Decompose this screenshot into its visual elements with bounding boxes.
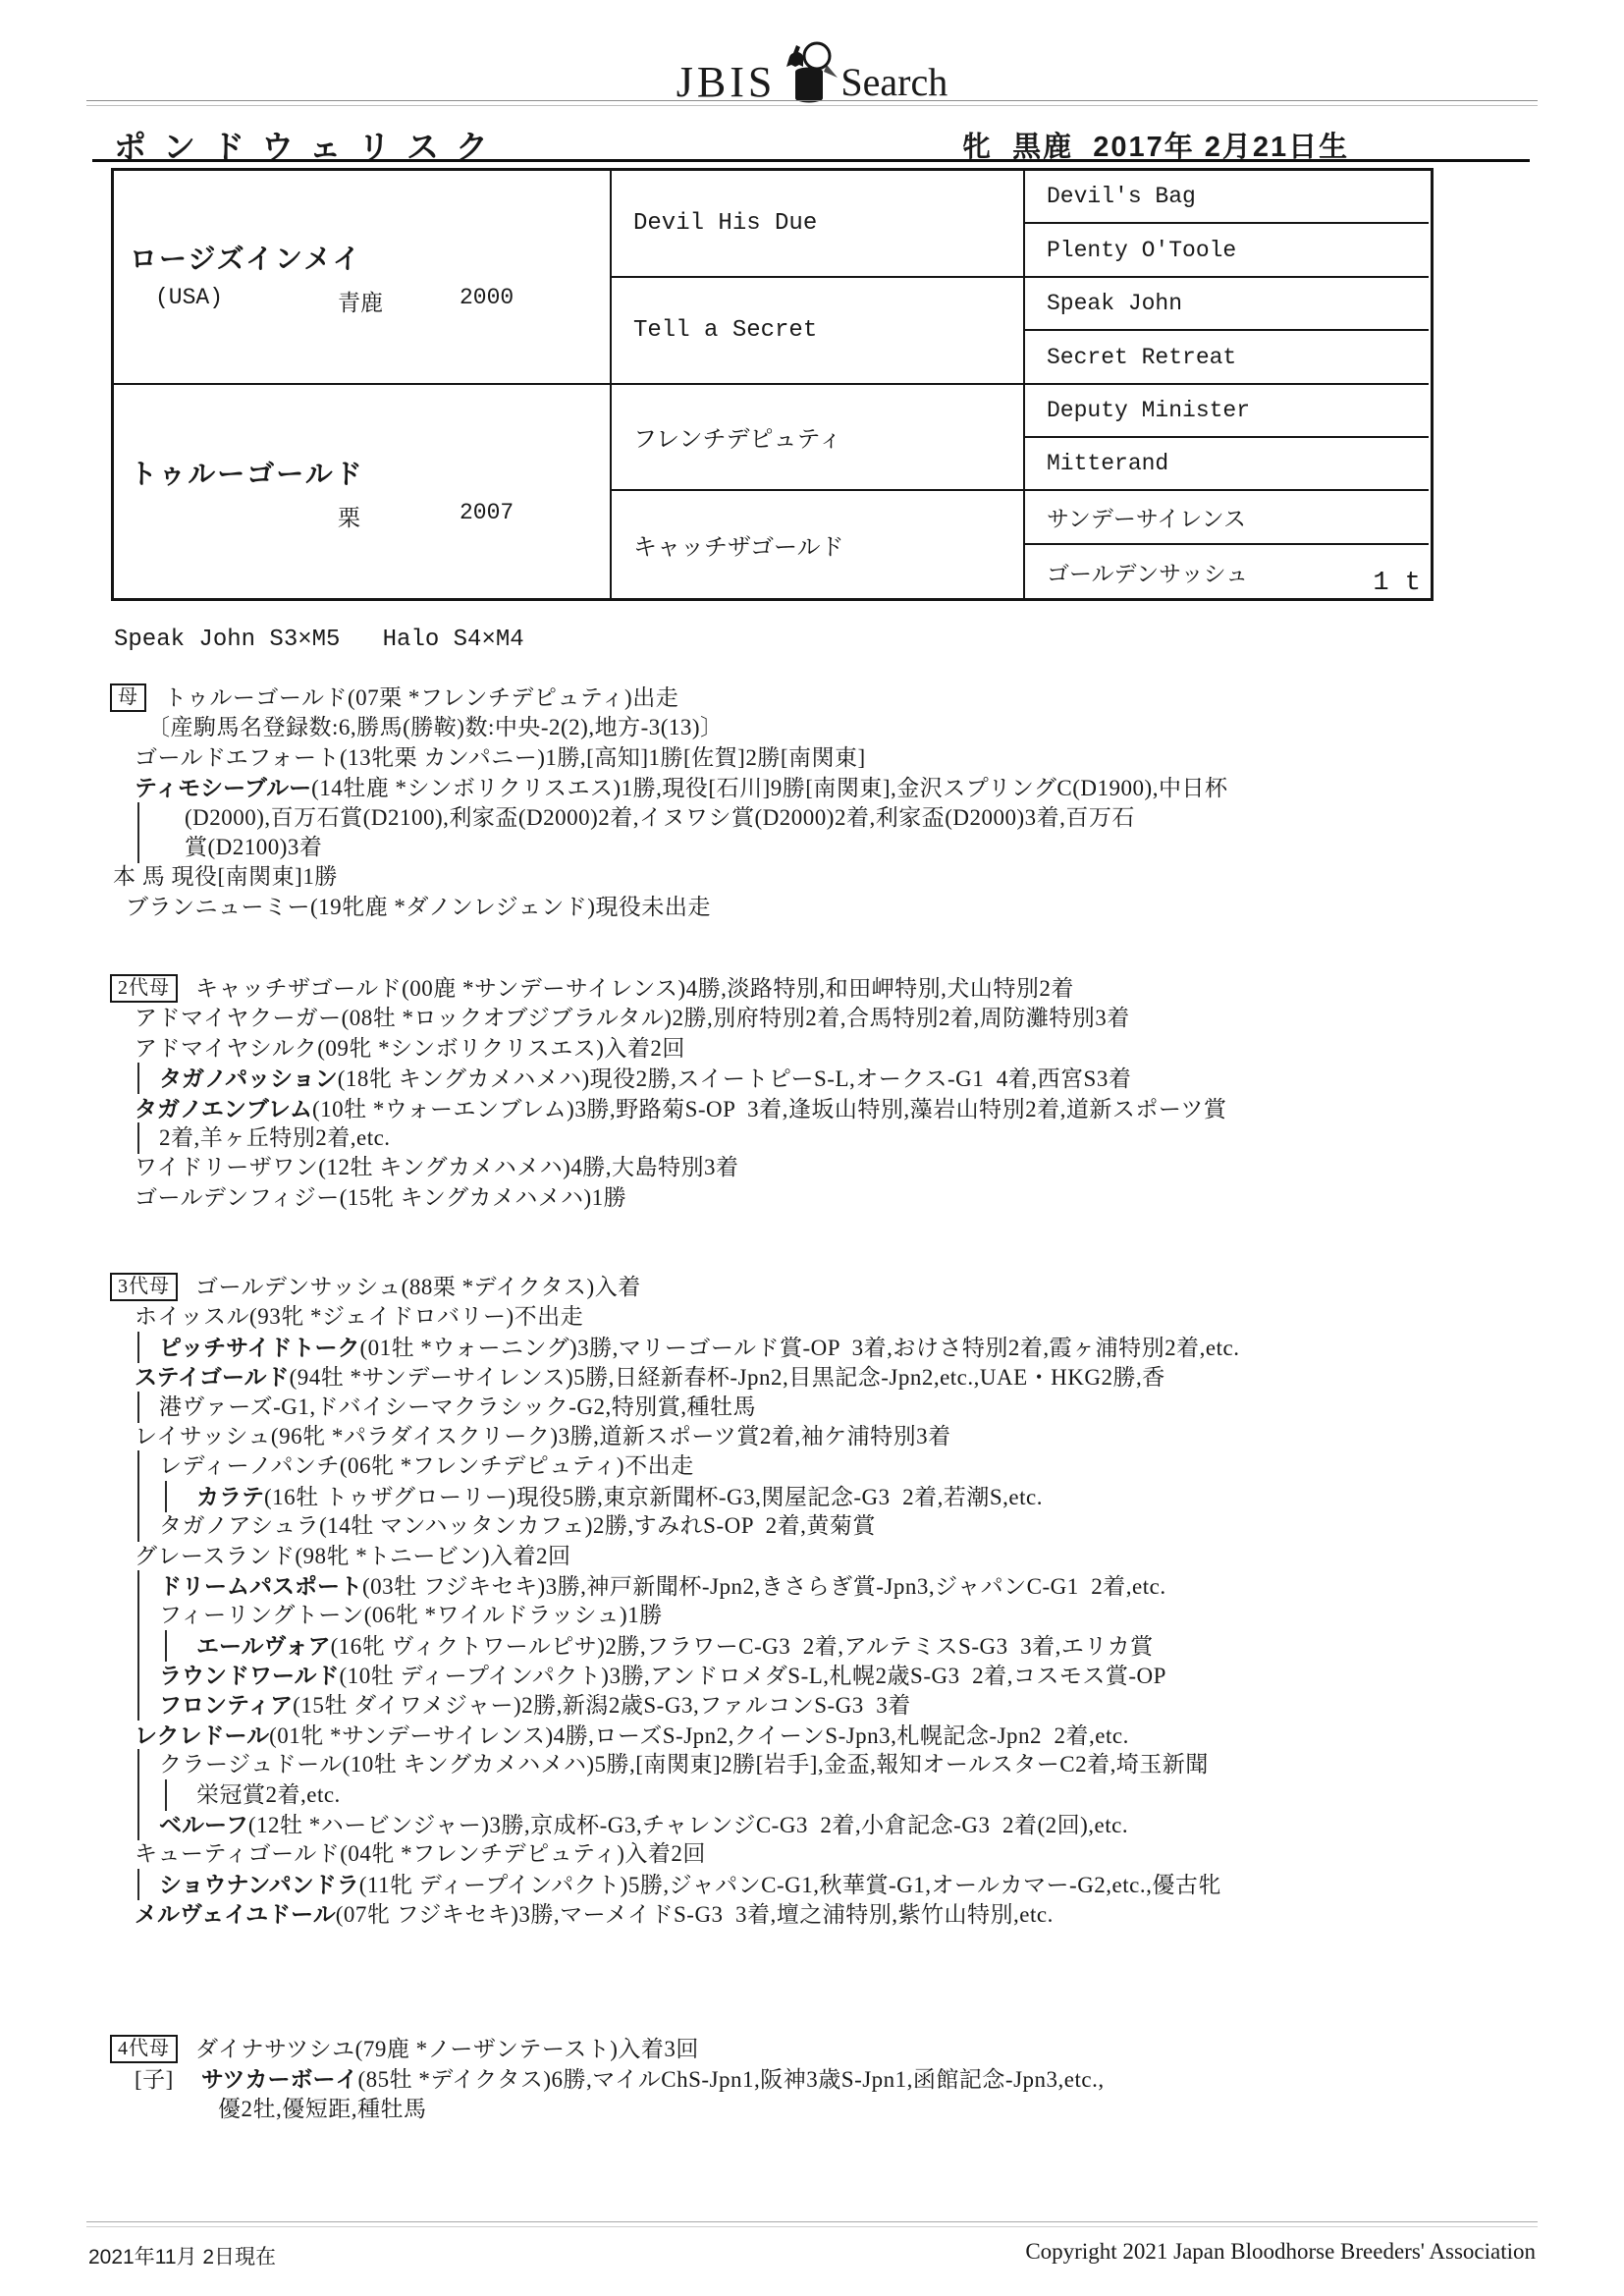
pedigree-line: ラウンドワールド(10牡 ディープインパクト)3勝,アンドロメダS-L,札幌2歳…: [110, 1661, 1602, 1690]
horse-name: ショウナンパンドラ: [159, 1872, 359, 1897]
generation-label: 母: [110, 683, 146, 712]
horse-name: フロンティア: [159, 1692, 293, 1718]
pedigree-line-text: エールヴォア(16牝 ヴィクトワールピサ)2勝,フラワーC-G3 2着,アルテミ…: [196, 1631, 1154, 1662]
pedigree-line-text: レイサッシュ(96牝 *パラダイスクリーク)3勝,道新スポーツ賞2着,袖ケ浦特別…: [135, 1422, 951, 1451]
title-underline: [92, 159, 1530, 162]
pedigree-line: 栄冠賞2着,etc.: [110, 1780, 1602, 1810]
pedigree-line: ゴールドエフォート(13牝栗 カンパニー)1勝,[高知]1勝[佐賀]2勝[南関東…: [110, 743, 1602, 773]
horse-name: ベルーフ: [159, 1812, 248, 1837]
pedigree-line: レイサッシュ(96牝 *パラダイスクリーク)3勝,道新スポーツ賞2着,袖ケ浦特別…: [110, 1422, 1602, 1451]
horse-name: ティモシーブルー: [135, 775, 311, 800]
pedigree-line-text: グレースランド(98牝 *トニービン)入着2回: [135, 1542, 571, 1571]
pedigree-line: (D2000),百万石賞(D2100),利家盃(D2000)2着,イヌワシ賞(D…: [110, 803, 1602, 833]
pedigree-line: タガノエンブレム(10牡 *ウォーエンブレム)3勝,野路菊S-OP 3着,逢坂山…: [110, 1094, 1602, 1123]
pedigree-line-text: ベルーフ(12牡 *ハービンジャー)3勝,京成杯-G3,チャレンジC-G3 2着…: [159, 1810, 1128, 1840]
pedigree-line: エールヴォア(16牝 ヴィクトワールピサ)2勝,フラワーC-G3 2着,アルテミ…: [110, 1631, 1602, 1661]
pedigree-line: [子]サツカーボーイ(85牡 *デイクタス)6勝,マイルChS-Jpn1,阪神3…: [110, 2064, 1602, 2094]
horse-name: ピッチサイドトーク: [159, 1335, 359, 1360]
pedigree-line: ステイゴールド(94牡 *サンデーサイレンス)5勝,日経新春杯-Jpn2,目黒記…: [110, 1362, 1602, 1392]
generation-head-text: キャッチザゴールド(00鹿 *サンデーサイレンス)4勝,淡路特別,和田岬特別,犬…: [195, 976, 1074, 1001]
pedigree-line: 2着,羊ヶ丘特別2着,etc.: [110, 1123, 1602, 1153]
pedigree-line-text: タガノアシュラ(14牡 マンハッタンカフェ)2勝,すみれS-OP 2着,黄菊賞: [159, 1511, 876, 1541]
horse-magnifier-icon: [784, 39, 839, 104]
pedigree-line-text: 〔産駒馬名登録数:6,勝馬(勝鞍)数:中央-2(2),地方-3(13)〕: [147, 713, 724, 742]
pedigree-line: ショウナンパンドラ(11牝 ディープインパクト)5勝,ジャパンC-G1,秋華賞-…: [110, 1870, 1602, 1899]
pedigree-line: 3代母ゴールデンサッシュ(88栗 *デイクタス)入着: [110, 1273, 1602, 1302]
scan-artifact: 1 t: [1373, 569, 1421, 598]
pedigree-line: ピッチサイドトーク(01牡 *ウォーニング)3勝,マリーゴールド賞-OP 3着,…: [110, 1333, 1602, 1362]
grandparent-cell: Devil His Due: [612, 171, 1025, 278]
pedigree-line-text: メルヴェイユドール(07牝 フジキセキ)3勝,マーメイドS-G3 3着,壇之浦特…: [135, 1899, 1054, 1930]
tree-connector-line: [137, 1809, 139, 1840]
dam-name: トゥルーゴールド: [114, 453, 610, 492]
sire-cell: ロージズインメイ (USA) 青鹿 2000: [114, 171, 612, 385]
child-marker: [子]: [135, 2067, 174, 2092]
pedigree-line-text: ピッチサイドトーク(01牡 *ウォーニング)3勝,マリーゴールド賞-OP 3着,…: [159, 1333, 1239, 1363]
pedigree-line: クラージュドール(10牡 キングカメハメハ)5勝,[南関東]2勝[岩手],金盃,…: [110, 1750, 1602, 1779]
pedigree-line-text: フィーリングトーン(06牝 *ワイルドラッシュ)1勝: [159, 1601, 663, 1630]
tree-connector-line: [137, 802, 139, 834]
tree-connector-line: [137, 1869, 139, 1900]
tree-connector-line: [137, 1600, 139, 1631]
tree-connector-line: [137, 1660, 139, 1691]
pedigree-line-text: 賞(D2100)3着: [185, 833, 322, 862]
horse-name: ドリームパスポート: [159, 1573, 362, 1599]
generation-head-text: ゴールデンサッシュ(88栗 *デイクタス)入着: [195, 1275, 641, 1299]
second-dam-section: 2代母キャッチザゴールド(00鹿 *サンデーサイレンス)4勝,淡路特別,和田岬特…: [110, 974, 1602, 1213]
pedigree-table: ロージズインメイ (USA) 青鹿 2000 トゥルーゴールド 栗 2007 D…: [111, 168, 1434, 601]
great-grandparent-name: ゴールデンサッシュ: [1047, 556, 1429, 588]
pedigree-line: レディーノパンチ(06牝 *フレンチデピュティ)不出走: [110, 1451, 1602, 1481]
horse-name: ステイゴールド: [135, 1364, 290, 1390]
pedigree-line-text: ドリームパスポート(03牡 フジキセキ)3勝,神戸新聞杯-Jpn2,きさらぎ賞-…: [159, 1571, 1166, 1602]
pedigree-line: アドマイヤクーガー(08牡 *ロックオブジブラルタル)2勝,別府特別2着,合馬特…: [110, 1004, 1602, 1033]
pedigree-line: ブランニューミー(19牝鹿 *ダノンレジェンド)現役未出走: [110, 893, 1602, 922]
pedigree-document: JBIS Search ポンドウェリスク 牝 黒鹿 2017年 2月21日生 ロ…: [0, 0, 1624, 2296]
pedigree-line-text: 港ヴァーズ-G1,ドバイシーマクラシック-G2,特別賞,種牡馬: [159, 1393, 756, 1422]
tree-connector-line: [137, 1481, 139, 1512]
pedigree-line-text: カラテ(16牡 トゥザグローリー)現役5勝,東京新聞杯-G3,関屋記念-G3 2…: [196, 1482, 1043, 1512]
footer-divider: [86, 2221, 1538, 2227]
pedigree-line: ホイッスル(93牝 *ジェイドロバリー)不出走: [110, 1302, 1602, 1332]
pedigree-line: ベルーフ(12牡 *ハービンジャー)3勝,京成杯-G3,チャレンジC-G3 2着…: [110, 1810, 1602, 1839]
tree-connector-line: [137, 1510, 139, 1542]
pedigree-line: タガノアシュラ(14牡 マンハッタンカフェ)2勝,すみれS-OP 2着,黄菊賞: [110, 1511, 1602, 1541]
inbreeding-note: Speak John S3×M5 Halo S4×M4: [114, 627, 524, 653]
pedigree-line-text: 優2牡,優短距,種牡馬: [218, 2095, 427, 2124]
pedigree-line: ドリームパスポート(03牡 フジキセキ)3勝,神戸新聞杯-Jpn2,きさらぎ賞-…: [110, 1571, 1602, 1601]
pedigree-line-text: ホイッスル(93牝 *ジェイドロバリー)不出走: [135, 1302, 583, 1332]
pedigree-line-text: ブランニューミー(19牝鹿 *ダノンレジェンド)現役未出走: [126, 893, 711, 922]
generation-label: 2代母: [110, 974, 178, 1003]
pedigree-line-text: 栄冠賞2着,etc.: [196, 1780, 341, 1810]
header-divider: [86, 100, 1538, 106]
tree-connector-line: [137, 1779, 139, 1811]
pedigree-line: 本 馬 現役[南関東]1勝: [110, 862, 1602, 892]
great-grandparent-cell: Secret Retreat: [1025, 331, 1429, 385]
pedigree-line: 2代母キャッチザゴールド(00鹿 *サンデーサイレンス)4勝,淡路特別,和田岬特…: [110, 974, 1602, 1004]
great-grandparent-cell: Plenty O'Toole: [1025, 224, 1429, 278]
pedigree-line: ゴールデンフィジー(15牝 キングカメハメハ)1勝: [110, 1183, 1602, 1213]
pedigree-line: 賞(D2100)3着: [110, 833, 1602, 862]
dam-year: 2007: [460, 500, 514, 525]
tree-connector-line: [137, 1689, 139, 1721]
pedigree-line: グレースランド(98牝 *トニービン)入着2回: [110, 1542, 1602, 1571]
grandparent-cell: フレンチデピュティ: [612, 385, 1025, 491]
generation-label: 4代母: [110, 2035, 178, 2063]
sire-detail: (USA) 青鹿 2000: [114, 285, 610, 316]
tree-connector-line: [137, 832, 139, 863]
grandparent-cell: Tell a Secret: [612, 278, 1025, 385]
great-grandparent-cell: Speak John: [1025, 278, 1429, 331]
pedigree-line-text: ショウナンパンドラ(11牝 ディープインパクト)5勝,ジャパンC-G1,秋華賞-…: [159, 1870, 1221, 1900]
great-grandparent-cell: サンデーサイレンス: [1025, 491, 1429, 545]
pedigree-line-text: キューティゴールド(04牝 *フレンチデピュティ)入着2回: [135, 1839, 706, 1869]
pedigree-line-text: アドマイヤシルク(09牝 *シンボリクリスエス)入着2回: [135, 1034, 685, 1064]
jbis-logo-text: JBIS: [677, 61, 777, 104]
pedigree-line-text: 本 馬 現役[南関東]1勝: [113, 862, 338, 892]
pedigree-line: アドマイヤシルク(09牝 *シンボリクリスエス)入着2回: [110, 1034, 1602, 1064]
tree-connector-line: [137, 1570, 139, 1602]
pedigree-line-text: クラージュドール(10牡 キングカメハメハ)5勝,[南関東]2勝[岩手],金盃,…: [159, 1750, 1209, 1779]
third-dam-section: 3代母ゴールデンサッシュ(88栗 *デイクタス)入着ホイッスル(93牝 *ジェイ…: [110, 1273, 1602, 1930]
horse-name: メルヴェイユドール: [135, 1901, 336, 1927]
generation-head-text: ダイナサツシユ(79鹿 *ノーザンテースト)入着3回: [195, 2037, 699, 2061]
dam-detail: 栗 2007: [114, 500, 610, 531]
pedigree-line-text: アドマイヤクーガー(08牡 *ロックオブジブラルタル)2勝,別府特別2着,合馬特…: [135, 1004, 1130, 1033]
pedigree-line-text: タガノパッション(18牝 キングカメハメハ)現役2勝,スイートピーS-L,オーク…: [159, 1064, 1131, 1094]
pedigree-line: タガノパッション(18牝 キングカメハメハ)現役2勝,スイートピーS-L,オーク…: [110, 1064, 1602, 1093]
horse-name: タガノパッション: [159, 1066, 338, 1091]
pedigree-line: レクレドール(01牝 *サンデーサイレンス)4勝,ローズS-Jpn2,クイーンS…: [110, 1721, 1602, 1750]
pedigree-line: フィーリングトーン(06牝 *ワイルドラッシュ)1勝: [110, 1601, 1602, 1630]
generation-label: 3代母: [110, 1273, 178, 1301]
footer-date: 2021年11月 2日現在: [88, 2241, 276, 2270]
pedigree-line-text: 2着,羊ヶ丘特別2着,etc.: [159, 1123, 391, 1153]
pedigree-line: メルヴェイユドール(07牝 フジキセキ)3勝,マーメイドS-G3 3着,壇之浦特…: [110, 1899, 1602, 1929]
sire-origin: (USA): [155, 285, 223, 310]
pedigree-line-text: (D2000),百万石賞(D2100),利家盃(D2000)2着,イヌワシ賞(D…: [185, 803, 1135, 833]
pedigree-line: ワイドリーザワン(12牡 キングカメハメハ)4勝,大島特別3着: [110, 1153, 1602, 1182]
pedigree-line: カラテ(16牡 トゥザグローリー)現役5勝,東京新聞杯-G3,関屋記念-G3 2…: [110, 1482, 1602, 1511]
grandparent-cell: キャッチザゴールド: [612, 491, 1025, 598]
jbis-logo-search-text: Search: [840, 61, 947, 104]
great-grandparent-cell: Deputy Minister: [1025, 385, 1429, 438]
horse-name: カラテ: [196, 1484, 264, 1509]
pedigree-line-text: レクレドール(01牝 *サンデーサイレンス)4勝,ローズS-Jpn2,クイーンS…: [135, 1721, 1129, 1751]
pedigree-line-text: タガノエンブレム(10牡 *ウォーエンブレム)3勝,野路菊S-OP 3着,逢坂山…: [135, 1094, 1226, 1124]
pedigree-line-text: ゴールドエフォート(13牝栗 カンパニー)1勝,[高知]1勝[佐賀]2勝[南関東…: [135, 743, 866, 773]
horse-name: レクレドール: [135, 1722, 269, 1748]
tree-connector-line: [165, 1630, 167, 1662]
pedigree-line-text: ラウンドワールド(10牡 ディープインパクト)3勝,アンドロメダS-L,札幌2歳…: [159, 1661, 1166, 1691]
generation-head-text: トゥルーゴールド(07栗 *フレンチデピュティ)出走: [164, 685, 678, 710]
tree-connector-line: [137, 1630, 139, 1662]
tree-connector-line: [165, 1779, 167, 1811]
dam-cell: トゥルーゴールド 栗 2007: [114, 385, 612, 598]
pedigree-line-text: ゴールデンフィジー(15牝 キングカメハメハ)1勝: [135, 1183, 626, 1213]
dam-coat: 栗: [338, 500, 360, 532]
tree-connector-line: [137, 1392, 139, 1423]
pedigree-line-text: フロンティア(15牡 ダイワメジャー)2勝,新潟2歳S-G3,ファルコンS-G3…: [159, 1690, 911, 1721]
pedigree-line: 〔産駒馬名登録数:6,勝馬(勝鞍)数:中央-2(2),地方-3(13)〕: [110, 713, 1602, 742]
great-grandparent-cell: Devil's Bag: [1025, 171, 1429, 224]
tree-connector-line: [137, 1063, 139, 1094]
horse-name: ラウンドワールド: [159, 1663, 340, 1688]
great-grandparent-cell: ゴールデンサッシュ 1 t: [1025, 545, 1429, 598]
tree-connector-line: [137, 1332, 139, 1363]
pedigree-line: キューティゴールド(04牝 *フレンチデピュティ)入着2回: [110, 1839, 1602, 1869]
pedigree-line: フロンティア(15牡 ダイワメジャー)2勝,新潟2歳S-G3,ファルコンS-G3…: [110, 1690, 1602, 1720]
pedigree-line: 優2牡,優短距,種牡馬: [110, 2095, 1602, 2124]
fourth-dam-section: 4代母ダイナサツシユ(79鹿 *ノーザンテースト)入着3回[子]サツカーボーイ(…: [110, 2035, 1602, 2124]
tree-connector-line: [137, 1122, 139, 1154]
pedigree-line-text: [子]サツカーボーイ(85牡 *デイクタス)6勝,マイルChS-Jpn1,阪神3…: [135, 2064, 1105, 2095]
pedigree-line: ティモシーブルー(14牡鹿 *シンボリクリスエス)1勝,現役[石川]9勝[南関東…: [110, 773, 1602, 802]
great-grandparent-cell: Mitterand: [1025, 438, 1429, 491]
tree-connector-line: [137, 1749, 139, 1780]
sire-name: ロージズインメイ: [114, 238, 610, 277]
sire-year: 2000: [460, 285, 514, 310]
pedigree-line-text: ワイドリーザワン(12牡 キングカメハメハ)4勝,大島特別3着: [135, 1153, 738, 1182]
pedigree-line: 母トゥルーゴールド(07栗 *フレンチデピュティ)出走: [110, 683, 1602, 713]
pedigree-line-text: ティモシーブルー(14牡鹿 *シンボリクリスエス)1勝,現役[石川]9勝[南関東…: [135, 773, 1227, 803]
pedigree-line-text: レディーノパンチ(06牝 *フレンチデピュティ)不出走: [159, 1451, 694, 1481]
horse-name: エールヴォア: [196, 1633, 331, 1659]
jbis-logo: JBIS Search: [0, 39, 1624, 104]
sire-coat: 青鹿: [338, 285, 383, 317]
dam-section: 母トゥルーゴールド(07栗 *フレンチデピュティ)出走〔産駒馬名登録数:6,勝馬…: [110, 683, 1602, 922]
footer-copyright: Copyright 2021 Japan Bloodhorse Breeders…: [1025, 2239, 1536, 2265]
tree-connector-line: [137, 1450, 139, 1482]
horse-name: サツカーボーイ: [201, 2066, 358, 2092]
pedigree-line: 4代母ダイナサツシユ(79鹿 *ノーザンテースト)入着3回: [110, 2035, 1602, 2064]
horse-name: タガノエンブレム: [135, 1096, 312, 1121]
pedigree-line-text: ステイゴールド(94牡 *サンデーサイレンス)5勝,日経新春杯-Jpn2,目黒記…: [135, 1362, 1165, 1393]
pedigree-line: 港ヴァーズ-G1,ドバイシーマクラシック-G2,特別賞,種牡馬: [110, 1393, 1602, 1422]
tree-connector-line: [165, 1481, 167, 1512]
